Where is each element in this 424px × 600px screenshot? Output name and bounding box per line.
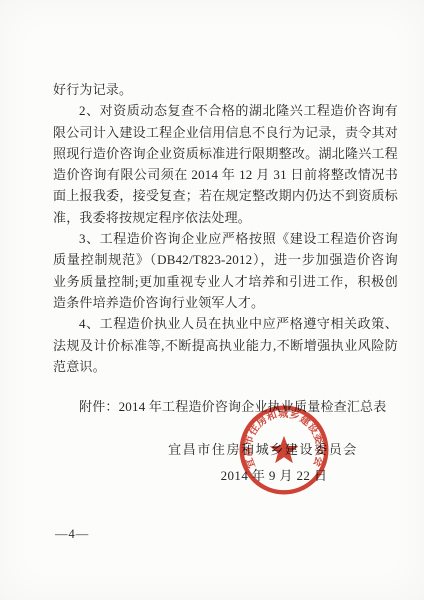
seal-star-icon: [270, 436, 299, 463]
page-number: —4—: [55, 527, 89, 542]
continuation-line: 好行为记录。: [53, 79, 398, 100]
paragraph-2: 2、对资质动态复查不合格的湖北隆兴工程造价咨询有限公司计入建设工程企业信用信息不…: [53, 100, 398, 228]
attachment-line: 附件：2014 年工程造价咨询企业执业质量检查汇总表: [53, 396, 398, 417]
document-page: 好行为记录。 2、对资质动态复查不合格的湖北隆兴工程造价咨询有限公司计入建设工程…: [0, 0, 424, 600]
paragraph-3: 3、工程造价咨询企业应严格按照《建设工程造价咨询质量控制规范》（DB42/T82…: [53, 228, 398, 313]
official-seal: 宜昌市住房和城乡建设委员会: [237, 403, 331, 497]
body-content: 好行为记录。 2、对资质动态复查不合格的湖北隆兴工程造价咨询有限公司计入建设工程…: [53, 79, 398, 417]
paragraph-4: 4、工程造价执业人员在执业中应严格遵守相关政策、法规及计价标准等,不断提高执业能…: [53, 313, 398, 377]
